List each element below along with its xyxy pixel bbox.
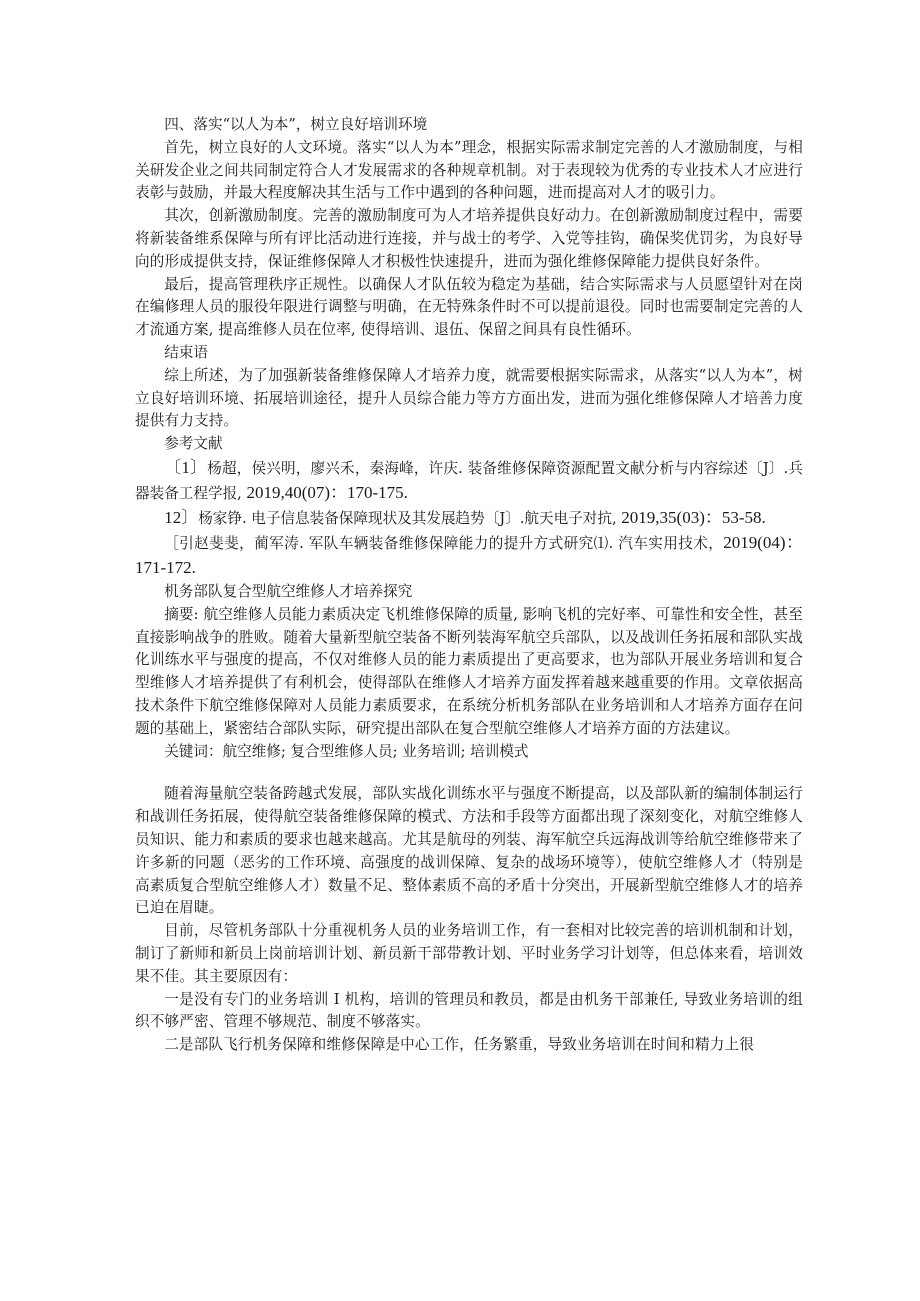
paragraph: 一是没有专门的业务培训 I 机构，培训的管理员和教员，都是由机务干部兼任, 导致… (135, 989, 803, 1035)
reference-number: ［引 (164, 535, 194, 552)
reference-citation: 2019,35(03)：53-58. (621, 508, 765, 527)
paragraph: 最后，提高管理秩序正规性。以确保人才队伍较为稳定为基础，结合实际需求与人员愿望针… (135, 274, 803, 342)
reference-number: 12〕 (164, 508, 198, 527)
references-heading: 参考文献 (135, 433, 803, 456)
spacer (135, 763, 803, 783)
paragraph: 其次，创新激励制度。完善的激励制度可为人才培养提供良好动力。在创新激励制度过程中… (135, 205, 803, 273)
paragraph: 首先，树立良好的人文环境。落实“以人为本”理念，根据实际需求制定完善的人才激励制… (135, 137, 803, 205)
reference-text: 杨超，侯兴明，廖兴禾，秦海峰，许庆. 装备维修保障资源配置文献分析与内容综述〔J… (135, 460, 803, 502)
abstract: 摘要: 航空维修人员能力素质决定飞机维修保障的质量, 影响飞机的完好率、可靠性和… (135, 604, 803, 741)
reference-item: 〔1〕杨超，侯兴明，廖兴禾，秦海峰，许庆. 装备维修保障资源配置文献分析与内容综… (135, 456, 803, 506)
conclusion-paragraph: 综上所述，为了加强新装备维修保障人才培养力度，就需要根据实际需求，从落实“以人为… (135, 365, 803, 433)
reference-citation: 2019,40(07)：170-175. (246, 483, 407, 502)
section-heading: 四、落实“以人为本”，树立良好培训环境 (135, 114, 803, 137)
paragraph: 随着海量航空装备跨越式发展，部队实战化训练水平与强度不断提高，以及部队新的编制体… (135, 783, 803, 920)
reference-text: 赵斐斐，蔺军涛. 军队车辆装备维修保障能力的提升方式研究⑴. 汽车实用技术， (194, 535, 723, 552)
paragraph: 二是部队飞行机务保障和维修保障是中心工作，任务繁重，导致业务培训在时间和精力上很 (135, 1034, 803, 1057)
reference-item: ［引赵斐斐，蔺军涛. 军队车辆装备维修保障能力的提升方式研究⑴. 汽车实用技术，… (135, 531, 803, 581)
reference-number: 〔1〕 (164, 458, 207, 477)
document-page: 四、落实“以人为本”，树立良好培训环境 首先，树立良好的人文环境。落实“以人为本… (135, 114, 803, 1057)
article-title: 机务部队复合型航空维修人才培养探究 (135, 581, 803, 604)
reference-item: 12〕杨家铮. 电子信息装备保障现状及其发展趋势〔J〕.航天电子对抗, 2019… (135, 506, 803, 531)
keywords: 关键词：航空维修; 复合型维修人员; 业务培训; 培训模式 (135, 741, 803, 764)
paragraph: 目前，尽管机务部队十分重视机务人员的业务培训工作，有一套相对比较完善的培训机制和… (135, 920, 803, 988)
reference-text: 杨家铮. 电子信息装备保障现状及其发展趋势〔J〕.航天电子对抗, (198, 510, 621, 527)
conclusion-heading: 结束语 (135, 342, 803, 365)
